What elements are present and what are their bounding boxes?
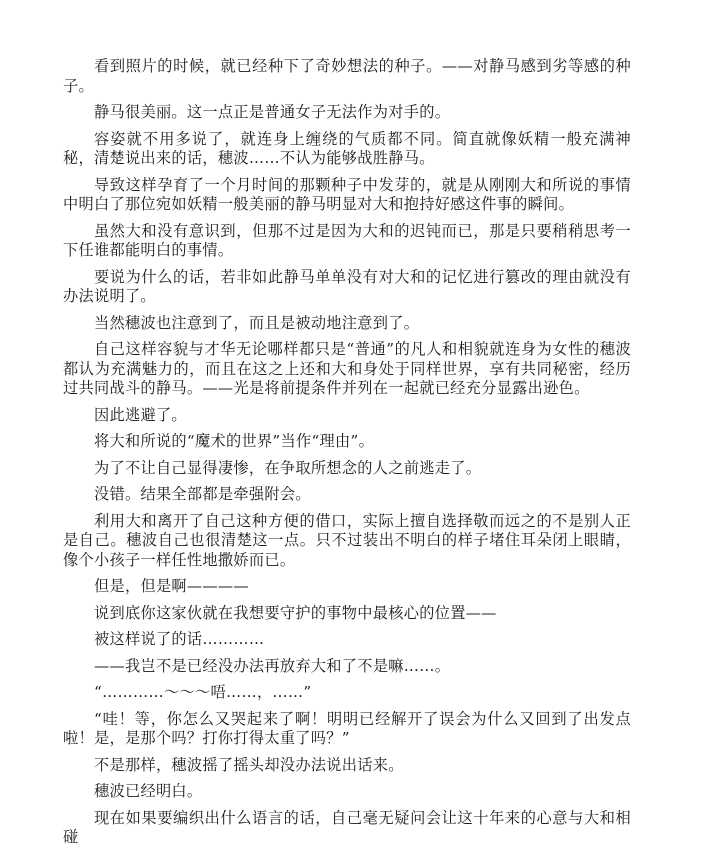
paragraph: “…………～～～唔……，……” [63,683,631,703]
paragraph: 穗波已经明白。 [63,782,631,802]
paragraph: 容姿就不用多说了，就连身上缠绕的气质都不同。简直就像妖精一般充满神秘，清楚说出来… [63,130,631,169]
paragraph: 被这样说了的话………… [63,630,631,650]
paragraph: 自己这样容貌与才华无论哪样都只是“普通”的凡人和相貌就连身为女性的穗波都认为充满… [63,340,631,399]
paragraph: 不是那样，穗波摇了摇头却没办法说出话来。 [63,756,631,776]
paragraph: 静马很美丽。这一点正是普通女子无法作为对手的。 [63,103,631,123]
paragraph: 因此逃避了。 [63,406,631,426]
paragraph: 没错。结果全部都是牵强附会。 [63,485,631,505]
paragraph: “哇！等，你怎么又哭起来了啊！明明已经解开了误会为什么又回到了出发点啦！是，是那… [63,710,631,749]
paragraph: 要说为什么的话，若非如此静马单单没有对大和的记忆进行篡改的理由就没有办法说明了。 [63,268,631,307]
paragraph: ——我岂不是已经没办法再放弃大和了不是嘛……。 [63,657,631,677]
paragraph: 说到底你这家伙就在我想要守护的事物中最核心的位置—— [63,604,631,624]
paragraph: 当然穗波也注意到了，而且是被动地注意到了。 [63,314,631,334]
paragraph: 看到照片的时候，就已经种下了奇妙想法的种子。——对静马感到劣等感的种子。 [63,57,631,96]
document-page: 看到照片的时候，就已经种下了奇妙想法的种子。——对静马感到劣等感的种子。 静马很… [63,57,631,850]
paragraph: 利用大和离开了自己这种方便的借口，实际上擅自选择敬而远之的不是别人正是自己。穗波… [63,512,631,571]
paragraph: 虽然大和没有意识到，但那不过是因为大和的迟钝而已，那是只要稍稍思考一下任谁都能明… [63,222,631,261]
paragraph: 但是，但是啊———— [63,577,631,597]
paragraph: 导致这样孕育了一个月时间的那颗种子中发芽的，就是从刚刚大和所说的事情中明白了那位… [63,176,631,215]
paragraph: 将大和所说的“魔术的世界”当作“理由”。 [63,432,631,452]
paragraph: 现在如果要编织出什么语言的话，自己毫无疑问会让这十年来的心意与大和相碰 [63,809,631,848]
paragraph: 为了不让自己显得凄惨，在争取所想念的人之前逃走了。 [63,459,631,479]
